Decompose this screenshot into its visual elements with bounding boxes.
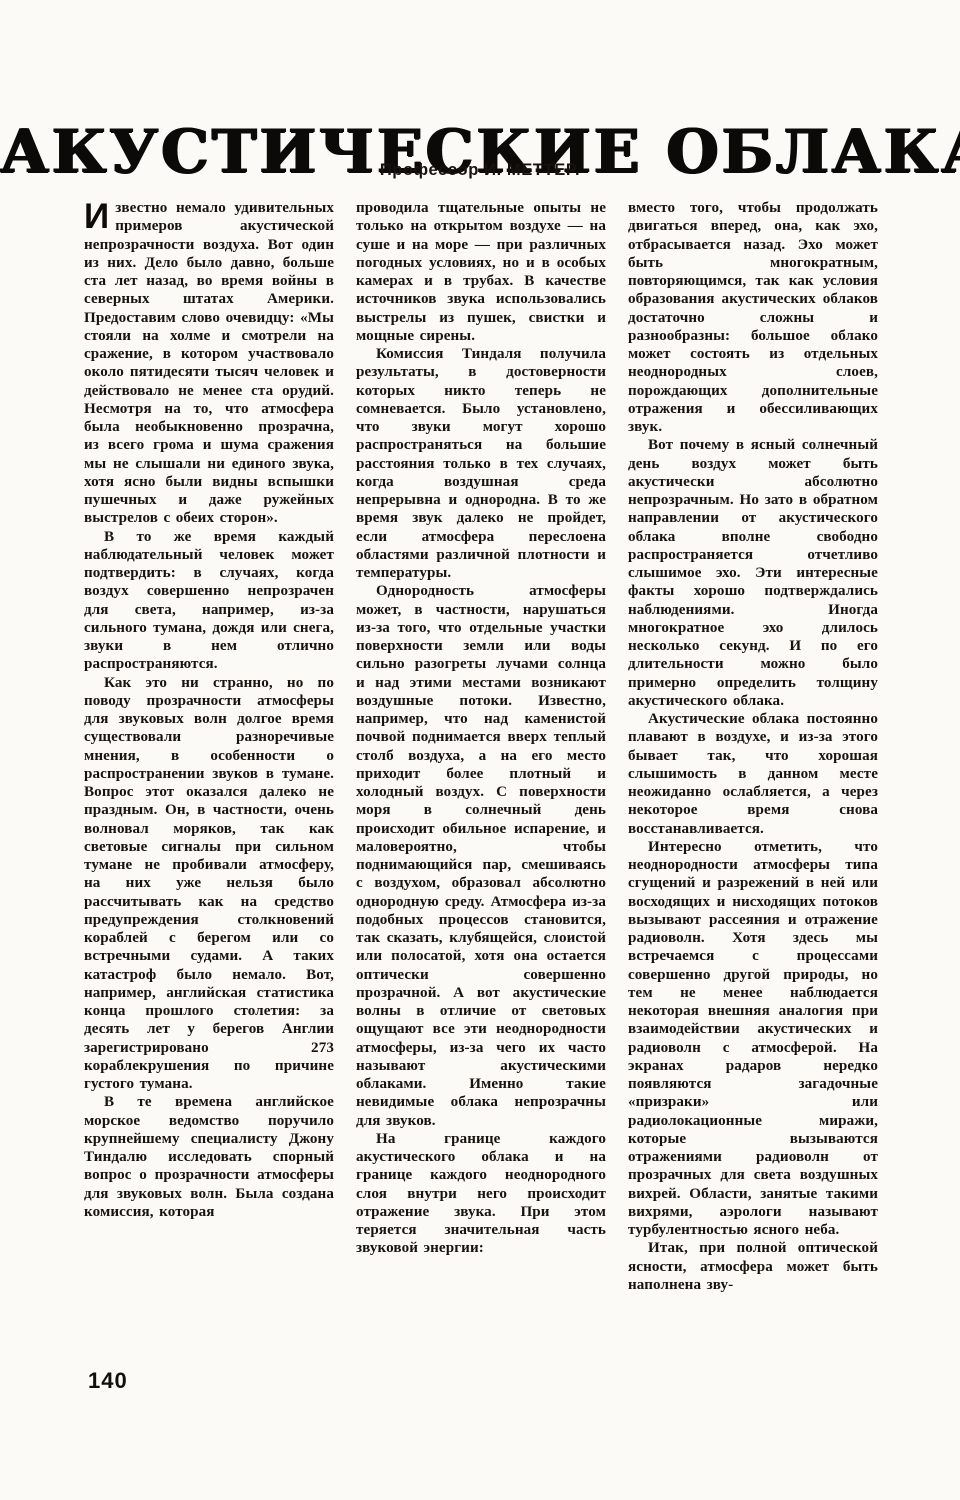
article-byline: Профессор И. МЕТТЕР. xyxy=(0,161,960,180)
paragraph-fragment: Вот почему в ясный солнечный день воздух… xyxy=(628,436,878,710)
paragraph-fragment: Акустические облака постоянно плавают в … xyxy=(628,710,878,838)
paragraph-fragment: Интересно отметить, что неоднородности а… xyxy=(628,838,878,1240)
column-1: Известно немало удивительных примеров ак… xyxy=(84,199,334,1385)
paragraph-fragment: вместо того, чтобы продолжать двигаться … xyxy=(628,199,878,436)
magazine-page: АКУСТИЧЕСКИЕ ОБЛАКА Профессор И. МЕТТЕР.… xyxy=(0,0,960,1500)
column-2: проводила тщательные опыты не только на … xyxy=(356,199,606,1385)
paragraph-fragment: Итак, при полной оптической ясности, атм… xyxy=(628,1239,878,1294)
drop-cap: И xyxy=(84,199,115,232)
paragraph-fragment: Известно немало удивительных примеров ак… xyxy=(84,199,334,528)
page-number: 140 xyxy=(88,1368,128,1394)
column-3: вместо того, чтобы продолжать двигаться … xyxy=(628,199,878,1385)
paragraph-fragment: На границе каждого акустического облака … xyxy=(356,1130,606,1258)
paragraph-fragment: Однородность атмосферы может, в частност… xyxy=(356,582,606,1130)
paragraph-fragment: В те времена английское морское ведомств… xyxy=(84,1093,334,1221)
paragraph-fragment: проводила тщательные опыты не только на … xyxy=(356,199,606,345)
paragraph-fragment: В то же время каждый наблюдательный чело… xyxy=(84,528,334,674)
article-columns: Известно немало удивительных примеров ак… xyxy=(84,199,878,1385)
paragraph-fragment: Как это ни странно, но по поводу прозрач… xyxy=(84,674,334,1094)
paragraph-fragment: Комиссия Тиндаля получила результаты, в … xyxy=(356,345,606,582)
paragraph-text: звестно немало удивительных примеров аку… xyxy=(84,200,334,526)
